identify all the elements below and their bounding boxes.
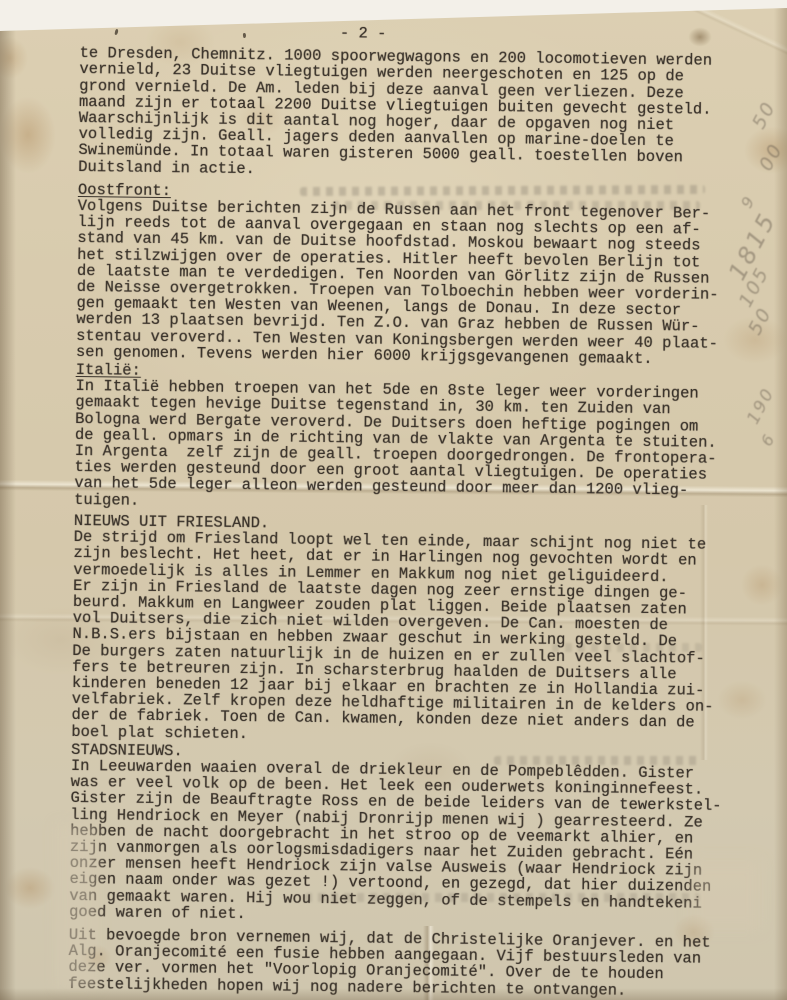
news-section: Italië:In Italië hebben troepen van het … [74,362,738,516]
news-section: NIEUWS UIT FRIESLAND.De strijd om Friesl… [71,513,736,748]
pencil-mark: 50 [744,303,777,338]
page-number: - 2 - [340,25,742,46]
document-body: te Dresden, Chemnitz. 1000 spoorwegwagon… [68,45,742,1000]
news-section: Oostfront:Volgens Duitse berichten zijn … [76,182,740,368]
pencil-mark: 6 [757,430,779,450]
typewritten-content: - 2 - te Dresden, Chemnitz. 1000 spoorwe… [68,22,742,1000]
pencil-mark: 00 [755,139,787,174]
news-section: te Dresden, Chemnitz. 1000 spoorwegwagon… [78,45,742,183]
scanned-document: - 2 - te Dresden, Chemnitz. 1000 spoorwe… [0,0,787,1000]
news-section: Uit bevoegde bron vernemen wij, dat de C… [68,927,731,1000]
pencil-mark: 105 [734,263,773,311]
pencil-mark: 50 [748,97,781,132]
news-section: STADSNIEUWS.In Leeuwarden waaien overal … [69,742,733,928]
pencil-mark: 9 [737,192,759,212]
paper-sheet: - 2 - te Dresden, Chemnitz. 1000 spoorwe… [0,0,787,1000]
pencil-mark: 190 [743,384,779,427]
